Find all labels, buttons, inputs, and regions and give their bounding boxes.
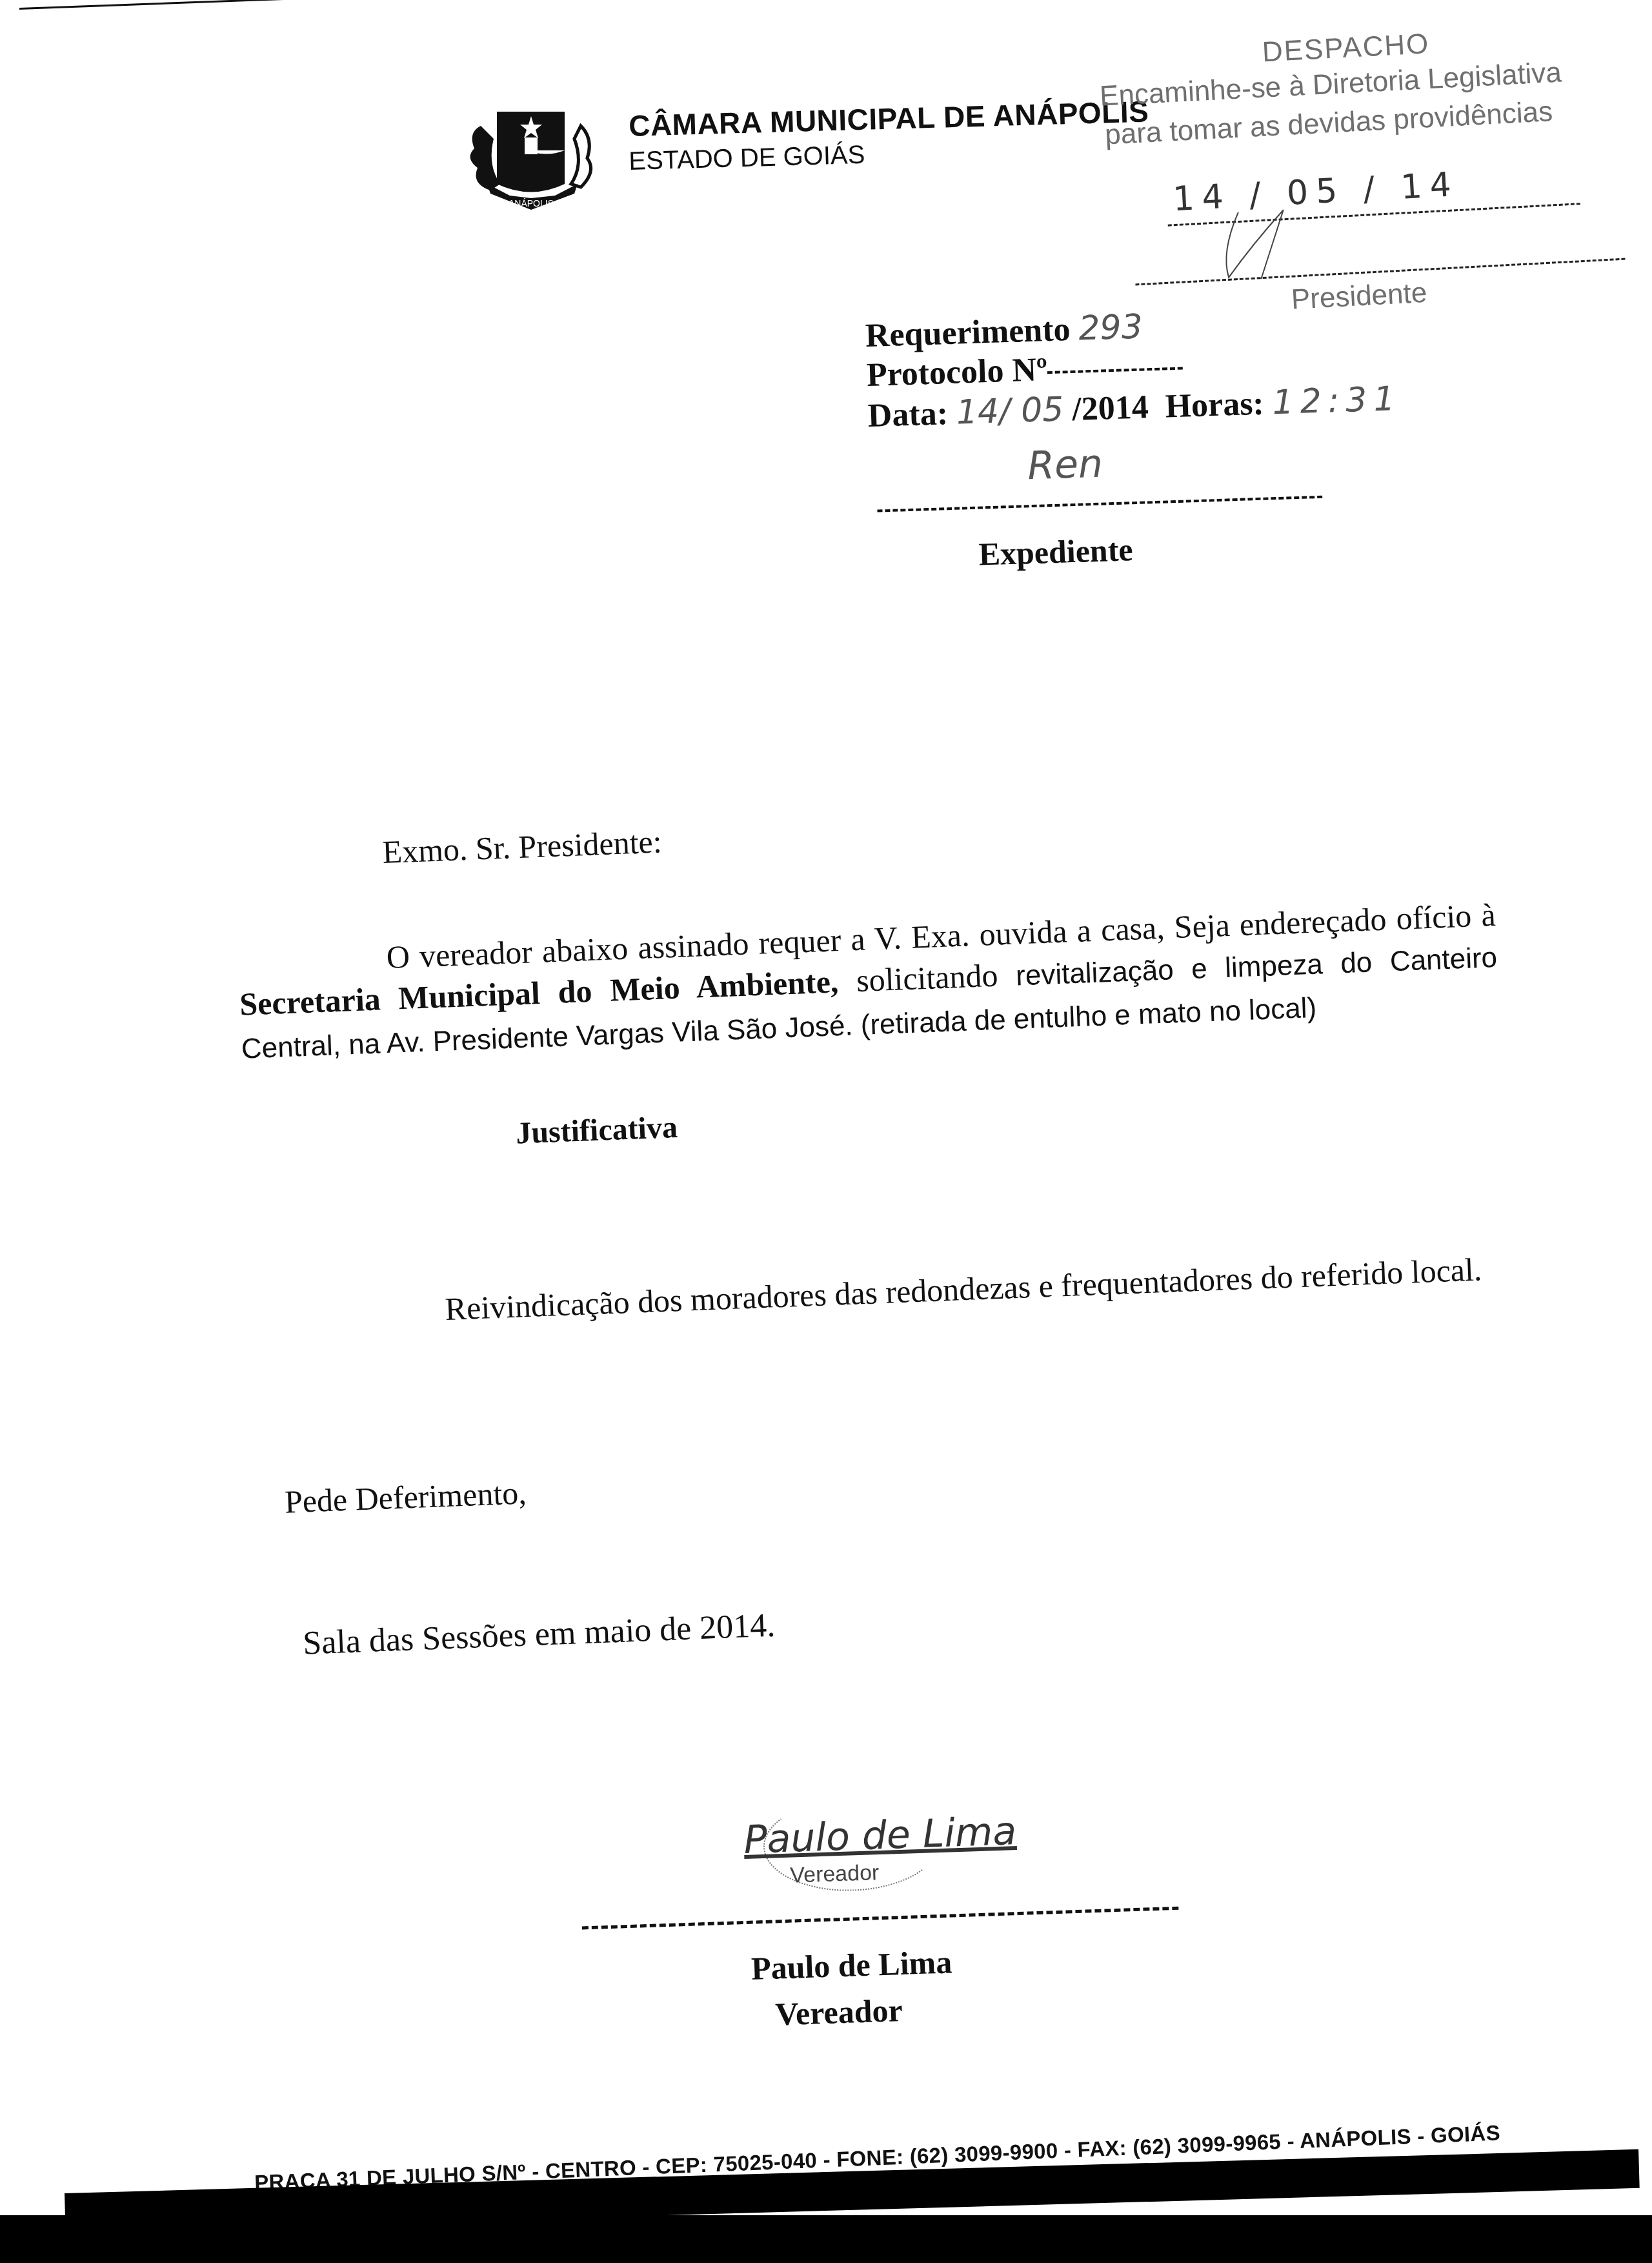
greeting: Exmo. Sr. Presidente: xyxy=(381,823,662,871)
paragraph-text-cont: solicitando xyxy=(838,957,998,999)
request-paragraph: O vereador abaixo assinado requer a V. E… xyxy=(237,894,1500,1070)
data-year: /2014 xyxy=(1071,389,1149,428)
protocol-signature-line xyxy=(877,496,1322,512)
despacho-title: DESPACHO xyxy=(1262,28,1431,69)
closing: Pede Deferimento, xyxy=(284,1474,527,1520)
protocol-block: Requerimento 293 Protocolo Nº Data: 14/ … xyxy=(865,294,1583,587)
svg-text:ANÁPOLIS: ANÁPOLIS xyxy=(509,198,554,208)
data-day-month: 14/ 05 xyxy=(956,390,1064,432)
clerk-rubric: Ren xyxy=(1027,441,1103,489)
letter-body: Exmo. Sr. Presidente: O vereador abaixo … xyxy=(232,765,1490,813)
horas-value: 12:31 xyxy=(1272,380,1402,422)
justification-body: Reivindicação dos moradores das redondez… xyxy=(445,1251,1483,1327)
justification-text: Reivindicação dos moradores das redondez… xyxy=(250,1230,1511,1355)
signer-name: Paulo de Lima xyxy=(750,1943,952,1987)
section-expediente: Expediente xyxy=(978,531,1134,573)
horas-label: Horas: xyxy=(1165,385,1265,425)
signature-line xyxy=(582,1907,1179,1930)
signer-role: Vereador xyxy=(775,1991,903,2033)
scan-top-rule xyxy=(19,0,812,10)
place-date: Sala das Sessões em maio de 2014. xyxy=(302,1607,776,1663)
municipal-coat-of-arms-icon: ANÁPOLIS xyxy=(461,87,603,219)
scan-bottom-bar xyxy=(0,2215,1652,2263)
requerimento-row: Requerimento 293 xyxy=(865,307,1143,354)
despacho-stamp: DESPACHO Encaminhe-se à Diretoria Legisl… xyxy=(1097,18,1627,329)
signature-stamp-role: Vereador xyxy=(790,1860,880,1889)
signature-stamp-name: Paulo de Lima xyxy=(743,1809,1017,1863)
protocolo-row: Protocolo Nº xyxy=(866,347,1184,394)
protocolo-label: Protocolo Nº xyxy=(866,351,1048,394)
requerimento-label: Requerimento xyxy=(865,311,1071,354)
data-label: Data: xyxy=(867,395,949,434)
protocolo-blank xyxy=(1047,367,1183,374)
requerimento-number: 293 xyxy=(1078,307,1143,348)
president-signature-mark xyxy=(1212,202,1319,285)
state-name: ESTADO DE GOIÁS xyxy=(629,141,865,176)
signature-block: Paulo de Lima Vereador Paulo de Lima Ver… xyxy=(568,1773,1221,2040)
justification-title: Justificativa xyxy=(515,1110,678,1152)
institution-name: CÂMARA MUNICIPAL DE ANÁPOLIS xyxy=(628,94,1149,143)
